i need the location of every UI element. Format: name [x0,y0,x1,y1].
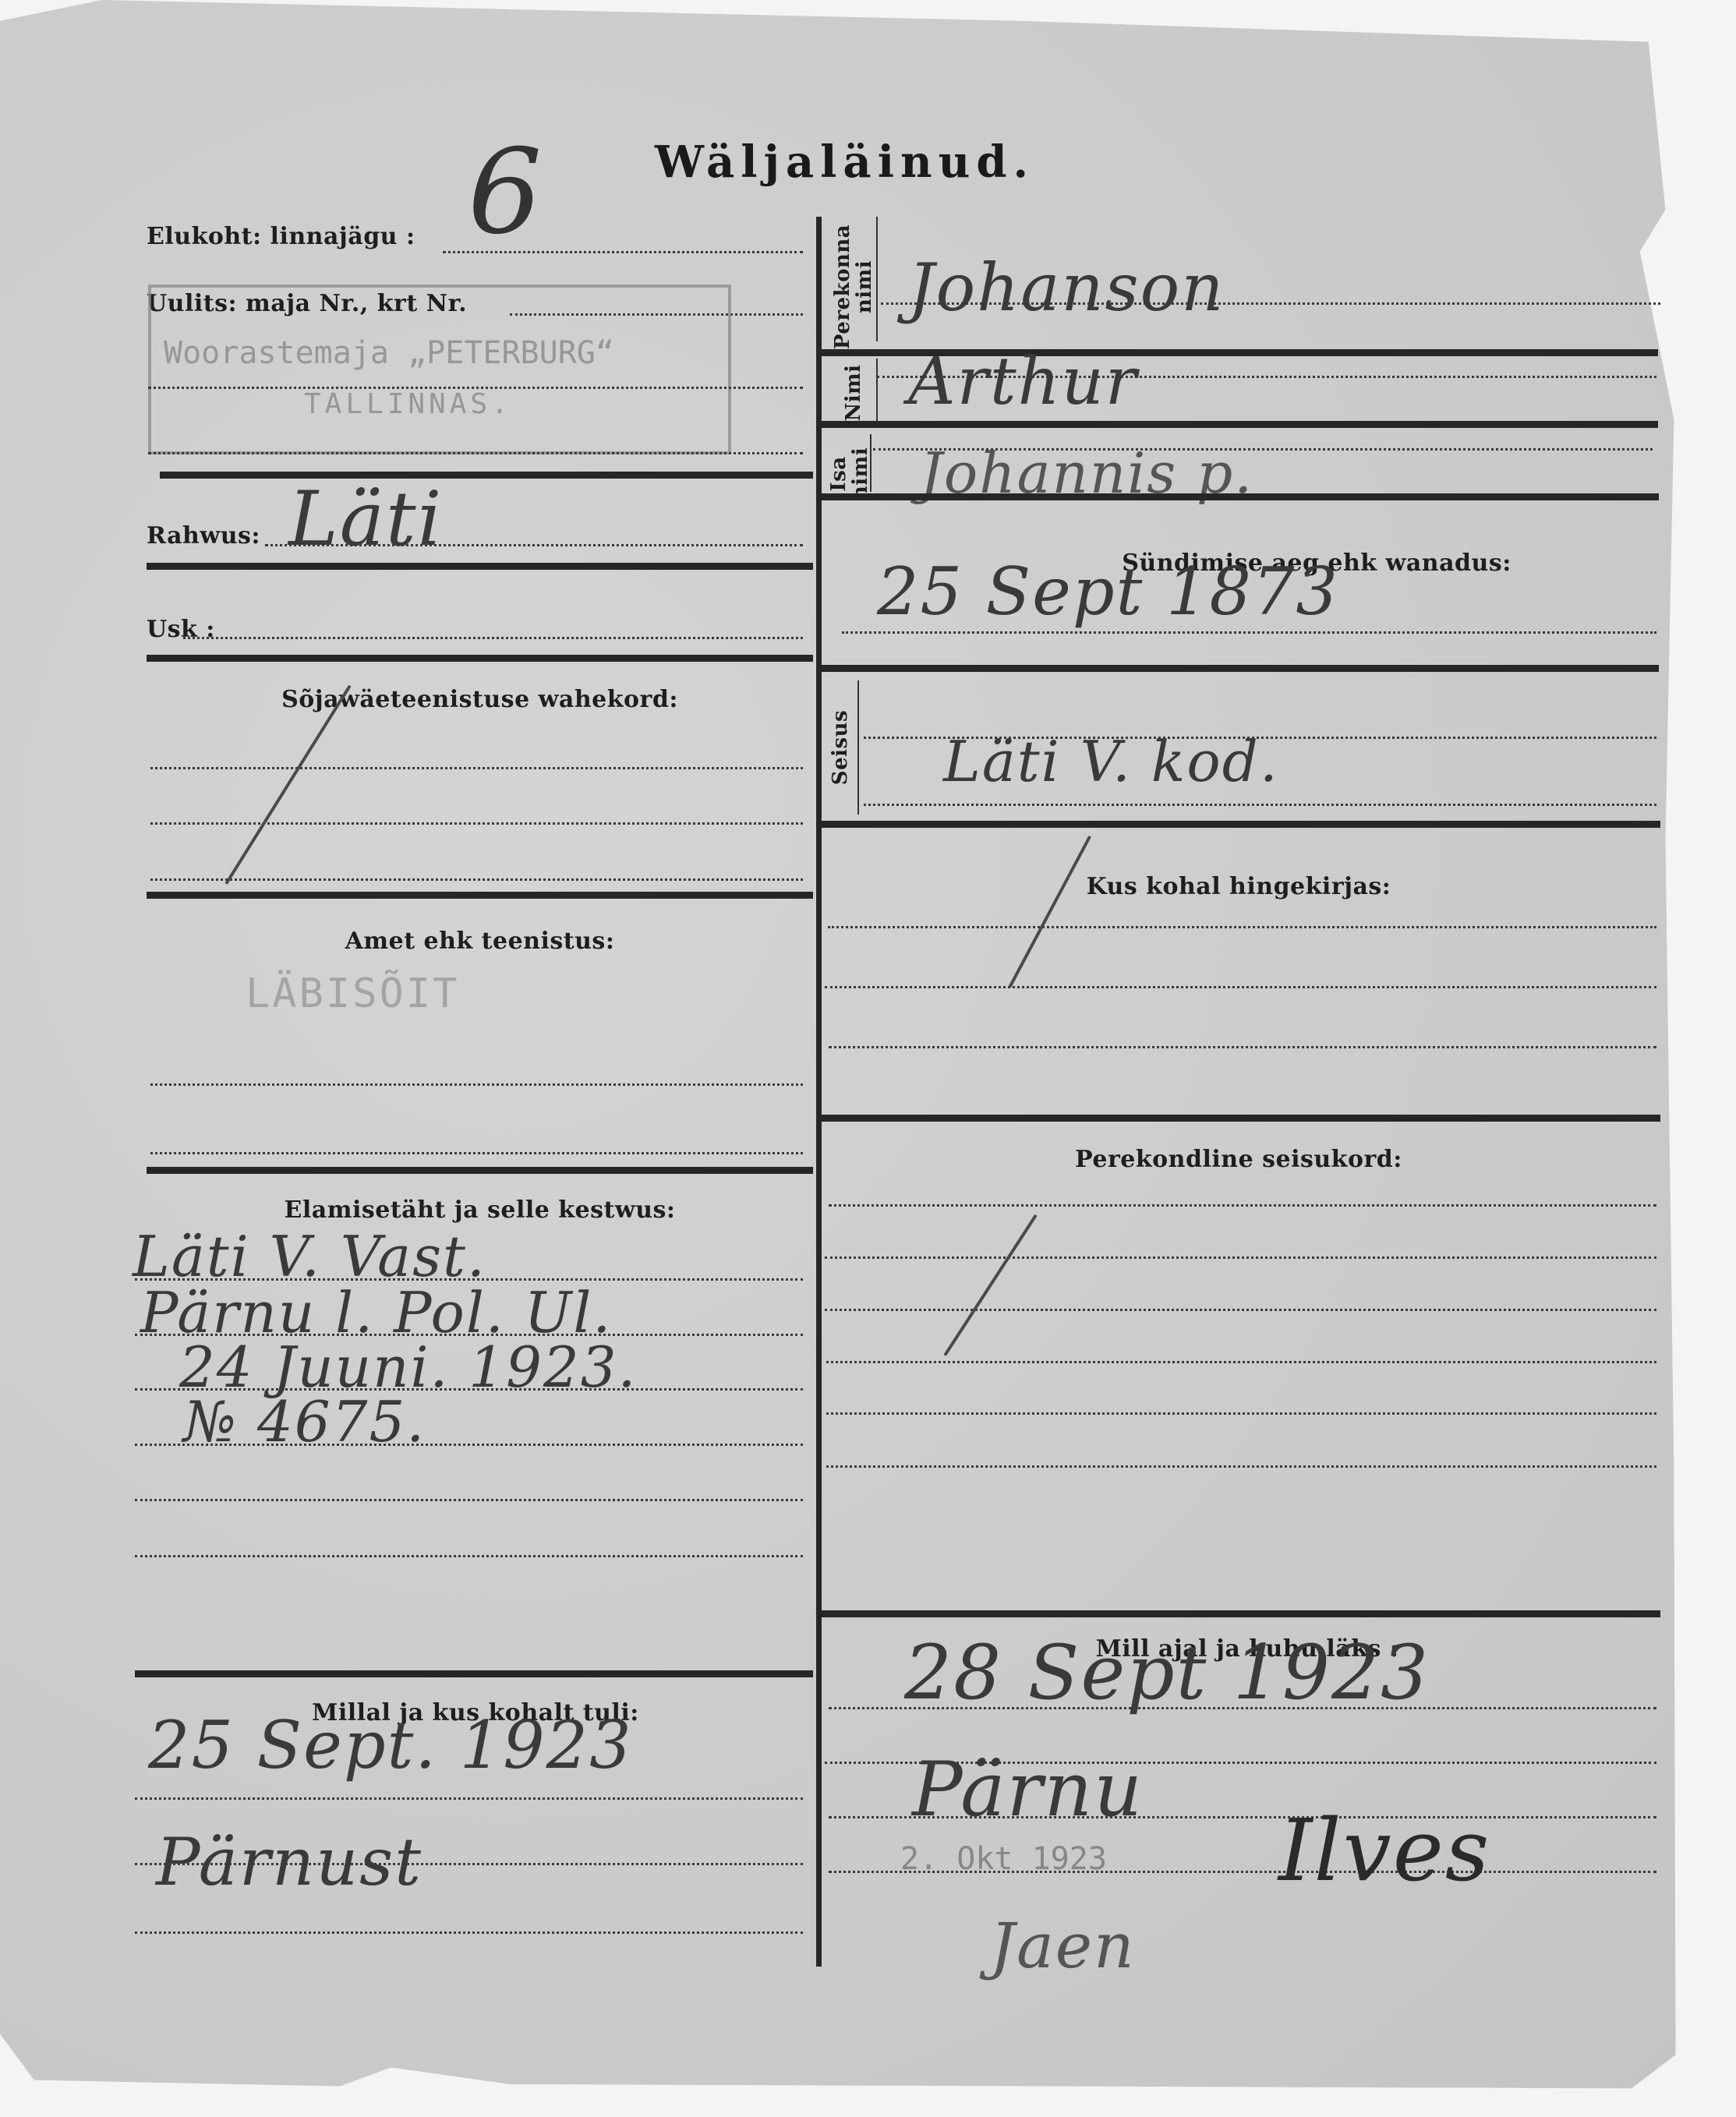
nimi-label: Nimi [843,354,864,432]
perekondline-line-1[interactable] [829,1204,1656,1207]
lahkus-date: 28 Sept 1923 [904,1629,1430,1716]
section-rule [819,665,1659,672]
hingekirjas-line-2[interactable] [825,986,1656,988]
seisus-line-1[interactable] [864,737,1656,739]
sheet-number: 6 [468,125,543,260]
section-rule [821,1115,1660,1122]
millal-tuli-date: 25 Sept. 1923 [148,1707,633,1783]
perekondline-line-6[interactable] [826,1465,1656,1468]
usk-field[interactable] [183,637,803,639]
rahvus-value: Läti [288,475,443,563]
document-title: Wäljaläinud. [655,136,1034,188]
lahkus-row-3[interactable] [829,1816,1656,1818]
isanimi-label: Isa nimi [828,431,872,517]
amet-stamp: LÄBISÕIT [246,970,459,1017]
elamisetaht-row-4[interactable] [135,1444,803,1446]
nimi-field[interactable] [877,376,1656,378]
sundimise-value: 25 Sept 1873 [877,553,1339,630]
hingekirjas-line-1[interactable] [828,926,1656,928]
elamisetaht-row-6[interactable] [135,1555,803,1557]
label-divider [857,680,859,815]
initials-signature: Jaen [990,1910,1136,1982]
millal-tuli-row-1[interactable] [135,1797,803,1800]
perekondline-line-3[interactable] [825,1309,1656,1311]
sundimise-field[interactable] [842,631,1656,634]
rahvus-label: Rahwus: [147,522,260,550]
hingekirjas-label: Kus kohal hingekirjas: [819,873,1659,900]
nimi-value: Arthur [908,343,1138,419]
address-stamp-line1: Woorastemaja „PETERBURG“ [164,335,614,371]
perekondline-line-5[interactable] [826,1412,1656,1415]
date-stamp: 2. Okt 1923 [900,1841,1107,1877]
sojavae-line-3[interactable] [150,878,803,881]
isanimi-field[interactable] [873,448,1653,451]
millal-tuli-place: Pärnust [156,1824,423,1900]
section-rule [160,472,813,479]
center-divider [816,217,822,1967]
sojavae-line-2[interactable] [150,822,803,825]
elukoht-field[interactable] [443,251,803,253]
perekonnanimi-value: Johanson [908,249,1225,326]
lahkus-place: Pärnu [912,1746,1144,1833]
perekondline-line-2[interactable] [825,1256,1656,1259]
section-rule [147,892,813,899]
section-rule [147,563,813,570]
address-stamp-line2: TALLINNAS. [304,388,512,420]
amet-line-2[interactable] [150,1152,803,1154]
perekondline-label: Perekondline seisukord: [819,1146,1659,1173]
label-divider [876,217,878,341]
amet-line-1[interactable] [150,1083,803,1086]
seisus-line-2[interactable] [864,804,1656,806]
millal-tuli-row-3[interactable] [135,1931,803,1934]
amet-label: Amet ehk teenistus: [147,928,813,955]
elamisetaht-row-5[interactable] [135,1499,803,1501]
section-rule [821,1610,1660,1617]
seisus-label: Seisus [829,709,851,786]
section-rule [147,1167,813,1174]
label-divider [876,359,878,421]
section-rule [135,1670,813,1677]
section-rule [819,421,1658,428]
lahkus-row-1[interactable] [829,1707,1656,1709]
address-line-3[interactable] [148,452,803,454]
section-rule [147,655,813,662]
section-rule [821,821,1660,828]
elamisetaht-label: Elamisetäht ja selle kestwus: [147,1196,813,1224]
perekonnanimi-label: Perekonna nimi [832,221,875,353]
perekondline-line-4[interactable] [826,1361,1656,1363]
sojavae-label: Sõjawäeteenistuse wahekord: [147,686,813,713]
lahkus-row-2[interactable] [825,1762,1656,1764]
millal-tuli-row-2[interactable] [135,1863,803,1865]
official-signature: Ilves [1278,1801,1490,1900]
elukoht-label: Elukoht: linnajägu : [147,223,415,250]
perekonnanimi-field[interactable] [881,302,1660,305]
section-rule [819,493,1659,500]
sojavae-line-1[interactable] [150,767,803,769]
hingekirjas-line-3[interactable] [829,1046,1656,1048]
